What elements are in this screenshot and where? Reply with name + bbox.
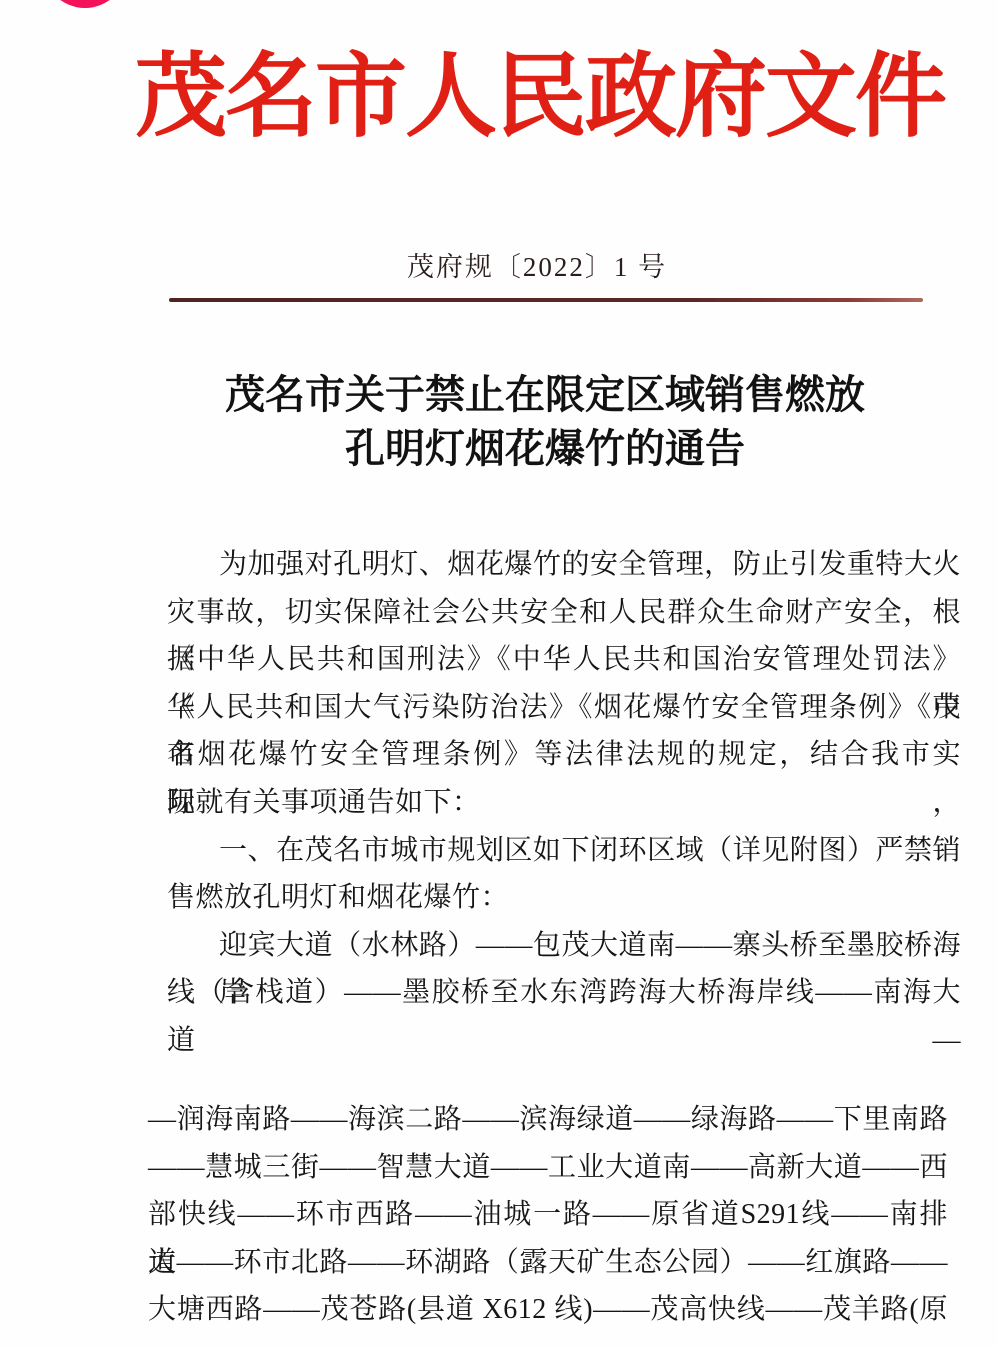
notice-title-line1: 茂名市关于禁止在限定区域销售燃放: [95, 368, 995, 422]
letterhead-title: 茂名市人民政府文件: [90, 38, 990, 156]
body-line: —润海南路——海滨二路——滨海绿道——绿海路——下里南路: [148, 1096, 948, 1144]
body-line: 华人民共和国大气污染防治法》《烟花爆竹安全管理条例》《茂名: [167, 684, 961, 732]
body-line: 为加强对孔明灯、烟花爆竹的安全管理，防止引发重特大火: [167, 541, 961, 589]
letterhead-divider: [169, 298, 923, 302]
body-block-2: —润海南路——海滨二路——滨海绿道——绿海路——下里南路——慧城三街——智慧大道…: [148, 1096, 948, 1334]
body-block-1: 为加强对孔明灯、烟花爆竹的安全管理，防止引发重特大火灾事故，切实保障社会公共安全…: [167, 541, 961, 1017]
body-line: 《中华人民共和国刑法》《中华人民共和国治安管理处罚法》《中: [167, 636, 961, 684]
pink-floating-badge[interactable]: [43, 0, 127, 8]
body-line: 售燃放孔明灯和烟花爆竹：: [167, 874, 961, 922]
document-number: 茂府规〔2022〕1 号: [87, 250, 987, 284]
body-line: 道——环市北路——环湖路（露天矿生态公园）——红旗路——: [148, 1239, 948, 1287]
body-line: 灾事故，切实保障社会公共安全和人民群众生命财产安全，根据: [167, 589, 961, 637]
body-line: 部快线——环市西路——油城一路——原省道S291线——南排大: [148, 1191, 948, 1239]
notice-title-line2: 孔明灯烟花爆竹的通告: [95, 422, 995, 476]
body-line: 迎宾大道（水林路）——包茂大道南——寨头桥至墨胶桥海岸: [167, 922, 961, 970]
body-line: 大塘西路——茂苍路(县道 X612 线)——茂高快线——茂羊路(原: [148, 1286, 948, 1334]
body-line: ——慧城三街——智慧大道——工业大道南——高新大道——西: [148, 1144, 948, 1192]
body-line: 一、在茂名市城市规划区如下闭环区域（详见附图）严禁销: [167, 827, 961, 875]
body-line: 市烟花爆竹安全管理条例》等法律法规的规定，结合我市实际，: [167, 731, 961, 779]
notice-title: 茂名市关于禁止在限定区域销售燃放 孔明灯烟花爆竹的通告: [95, 368, 995, 476]
document-page: 茂名市人民政府文件 茂府规〔2022〕1 号 茂名市关于禁止在限定区域销售燃放 …: [0, 0, 997, 1348]
body-line: 线（含栈道）——墨胶桥至水东湾跨海大桥海岸线——南海大道—: [167, 969, 961, 1017]
